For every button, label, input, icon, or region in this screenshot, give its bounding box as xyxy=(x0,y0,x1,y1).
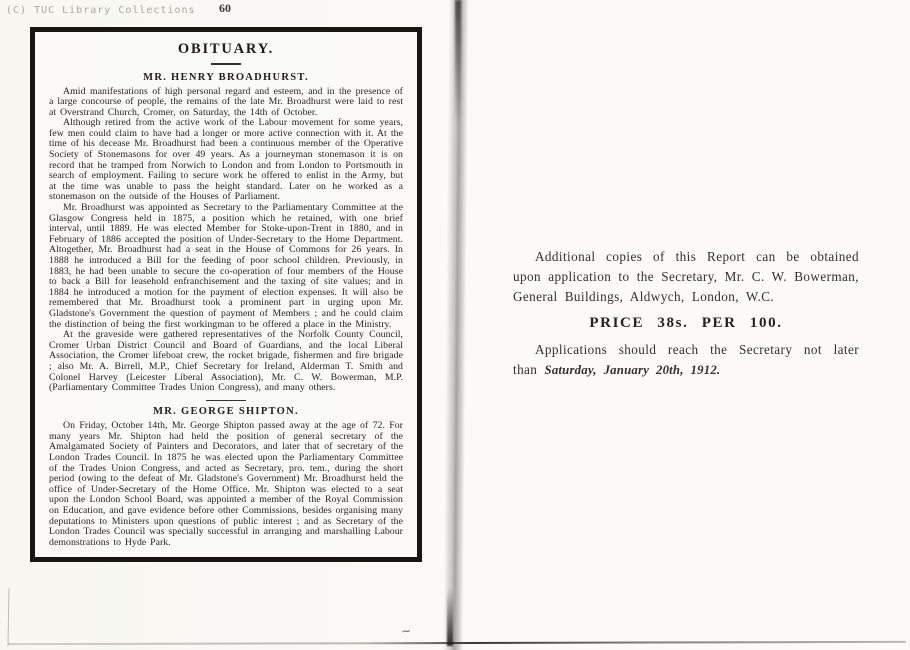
section-heading-shipton: MR. GEORGE SHIPTON. xyxy=(49,406,403,417)
broadhurst-paragraph-2: Although retired from the active work of… xyxy=(49,118,403,203)
copies-notice: Additional copies of this Report can be … xyxy=(513,247,859,381)
library-watermark: (C) TUC Library Collections xyxy=(6,5,196,16)
page-number: 60 xyxy=(210,1,240,16)
obituary-title: OBITUARY. xyxy=(49,41,403,58)
page-left-edge xyxy=(7,588,9,646)
obituary-box: OBITUARY. MR. HENRY BROADHURST. Amid man… xyxy=(30,27,422,562)
price-line: PRICE 38s. PER 100. xyxy=(513,315,859,332)
notice-paragraph: Additional copies of this Report can be … xyxy=(513,247,859,306)
broadhurst-paragraph-4: At the graveside were gathered represent… xyxy=(49,330,403,394)
pencil-squiggle-mark: ~ xyxy=(400,624,411,639)
section-heading-broadhurst: MR. HENRY BROADHURST. xyxy=(49,72,403,83)
page-gutter-shadow-bottom xyxy=(447,588,453,646)
section-divider-rule xyxy=(206,400,246,402)
broadhurst-paragraph-1: Amid manifestations of high personal reg… xyxy=(49,87,403,119)
page-gutter-shadow-top xyxy=(455,0,461,125)
applications-paragraph: Applications should reach the Secretary … xyxy=(513,340,859,381)
scanned-spread: ~ (C) TUC Library Collections 60 OBITUAR… xyxy=(0,0,910,650)
title-rule xyxy=(211,63,241,65)
shipton-paragraph: On Friday, October 14th, Mr. George Ship… xyxy=(49,421,403,548)
deadline-date: Saturday, January 20th, 1912. xyxy=(545,363,721,377)
broadhurst-paragraph-3: Mr. Broadhurst was appointed as Secretar… xyxy=(49,203,403,330)
